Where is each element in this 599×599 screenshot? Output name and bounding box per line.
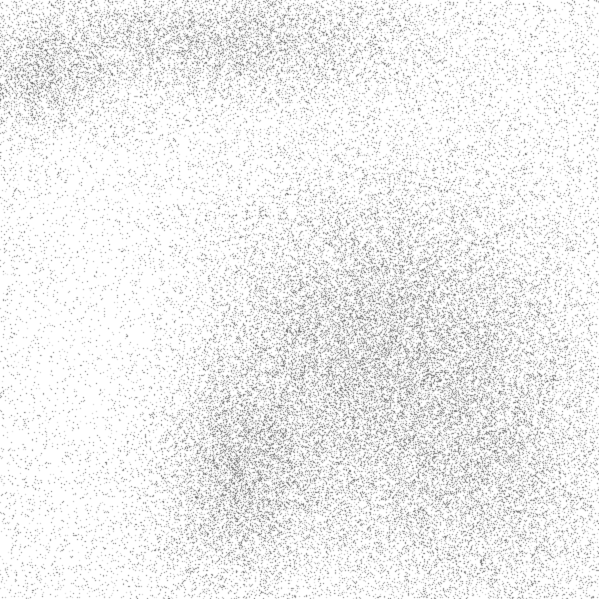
noise-texture-image — [0, 0, 599, 599]
